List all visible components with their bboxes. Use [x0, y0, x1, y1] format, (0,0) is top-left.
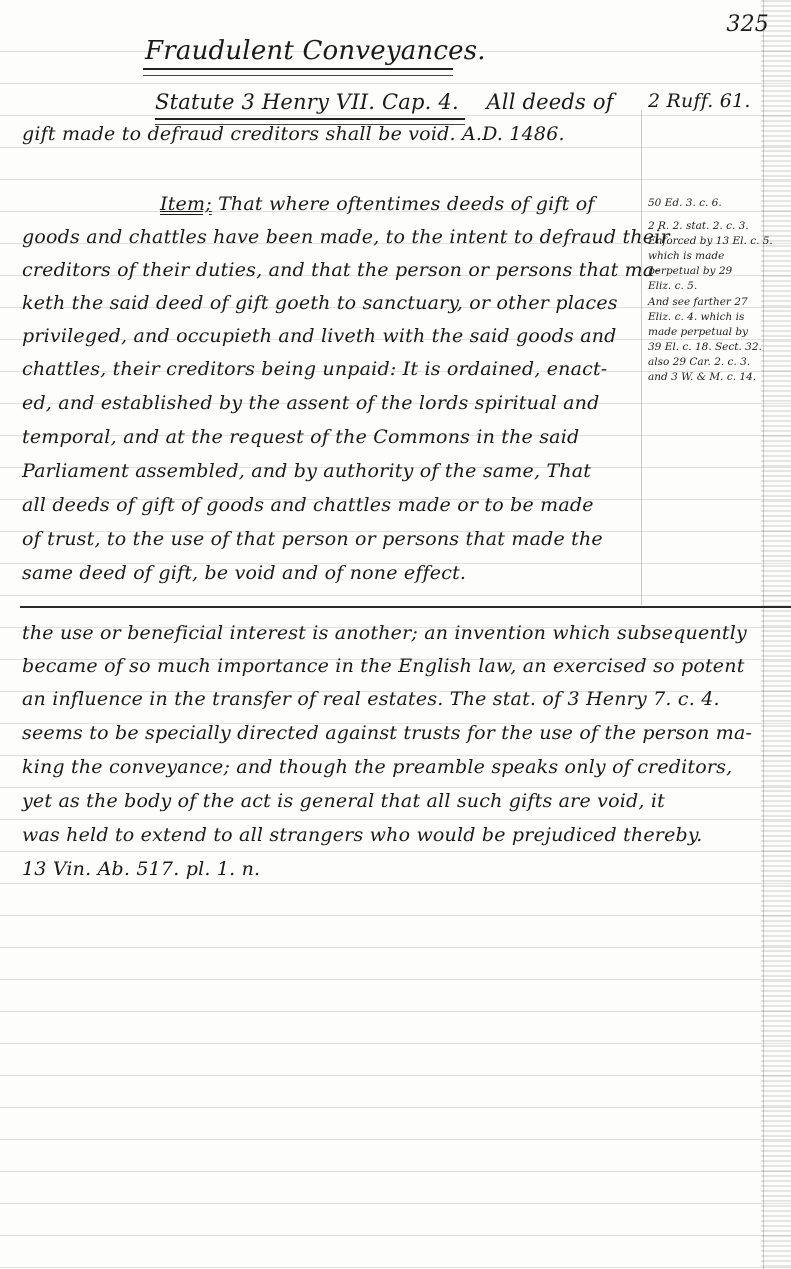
commentary-line: king the conveyance; and though the prea… — [22, 756, 732, 778]
statute-citation: Statute 3 Henry VII. Cap. 4. — [155, 90, 459, 114]
statute-heading: Statute 3 Henry VII. Cap. 4. All deeds o… — [155, 90, 614, 114]
commentary-line: yet as the body of the act is general th… — [22, 790, 665, 812]
statute-summary-end: gift made to defraud creditors shall be … — [22, 123, 565, 145]
page-edge-shading — [761, 0, 791, 1269]
margin-note: Eliz. c. 5. — [648, 278, 697, 295]
section-divider — [20, 606, 791, 608]
item-line: Parliament assembled, and by authority o… — [22, 460, 591, 482]
item-line: same deed of gift, be void and of none e… — [22, 562, 466, 584]
page-title: Fraudulent Conveyances. — [145, 36, 486, 66]
item-line: creditors of their duties, and that the … — [22, 259, 661, 281]
title-underline — [143, 68, 453, 76]
item-line: all deeds of gift of goods and chattles … — [22, 494, 594, 516]
commentary-citation: 13 Vin. Ab. 517. pl. 1. n. — [22, 858, 260, 880]
commentary-line: was held to extend to all strangers who … — [22, 824, 703, 846]
item-line: of trust, to the use of that person or p… — [22, 528, 603, 550]
item-line: keth the said deed of gift goeth to sanc… — [22, 292, 618, 314]
item-line: Item; That where oftentimes deeds of gif… — [160, 193, 595, 215]
commentary-line: seems to be specially directed against t… — [22, 722, 752, 744]
item-line: ed, and established by the assent of the… — [22, 392, 599, 414]
margin-note: and 3 W. & M. c. 14. — [648, 369, 756, 386]
margin-rule — [641, 110, 642, 605]
margin-note: 50 Ed. 3. c. 6. — [648, 195, 722, 212]
item-line: goods and chattles have been made, to th… — [22, 226, 670, 248]
commentary-line: became of so much importance in the Engl… — [22, 655, 745, 677]
item-line: temporal, and at the request of the Comm… — [22, 426, 579, 448]
item-line: privileged, and occupieth and liveth wit… — [22, 325, 617, 347]
manuscript-page: 325 Fraudulent Conveyances. Statute 3 He… — [0, 0, 791, 1269]
item-label: Item; — [160, 193, 212, 215]
statute-summary-start: All deeds of — [486, 90, 613, 114]
commentary-line: an influence in the transfer of real est… — [22, 688, 720, 710]
commentary-line: the use or beneficial interest is anothe… — [22, 622, 747, 644]
margin-reference: 2 Ruff. 61. — [648, 90, 751, 112]
page-number: 325 — [726, 12, 769, 37]
item-line: chattles, their creditors being unpaid: … — [22, 358, 607, 380]
